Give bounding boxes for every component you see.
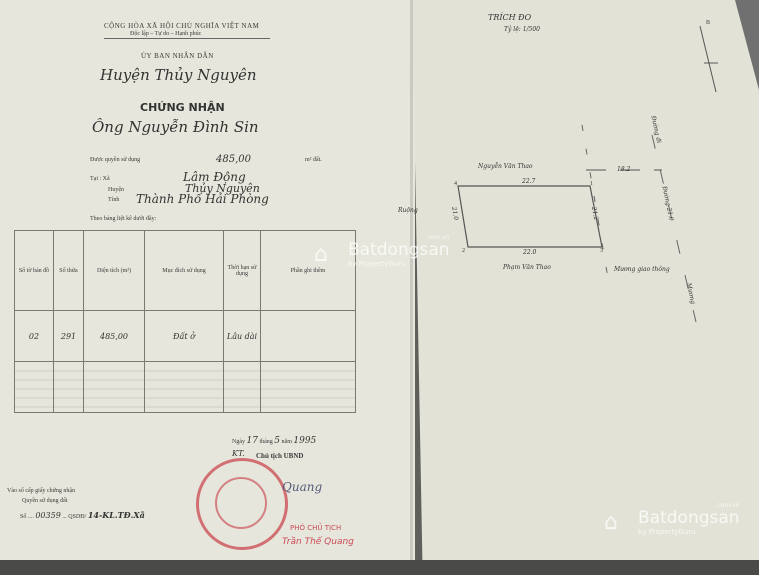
corner-label: 3 [600,248,603,254]
parcel-sketch [0,0,759,575]
neighbor-bottom: Phạm Văn Thao [503,264,551,271]
watermark-batdongsan: ⌂ .com.vn Batdongsan by PropertyGuru [314,240,450,268]
corner-label: 4 [454,181,457,187]
dimension-top: 22.7 [522,178,535,185]
corner-label: 1 [590,181,593,187]
corner-label: 2 [462,248,465,254]
house-logo-icon: ⌂ [314,242,328,267]
dimension-offset: 18.2 [617,166,630,173]
neighbor-left: Ruộng [398,207,418,214]
dimension-bottom: 22.0 [523,249,536,256]
house-logo-icon: ⌂ [604,510,618,535]
neighbor-right-canal: Mương giao thông [614,266,670,273]
watermark-batdongsan: ⌂ .com.vn Batdongsan by PropertyGuru [604,508,740,536]
neighbor-top: Nguyễn Văn Thao [478,163,533,170]
